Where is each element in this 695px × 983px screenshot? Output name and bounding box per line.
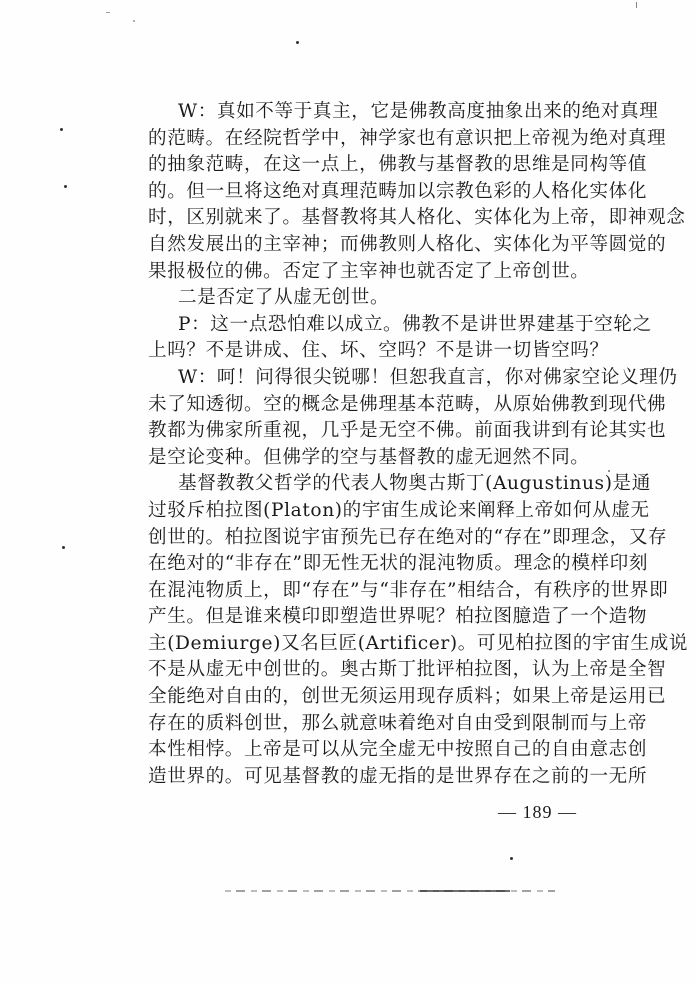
text-line: 的。但一旦将这绝对真理范畴加以宗教色彩的人格化实体化	[148, 179, 608, 206]
text-line: 基督教教父哲学的代表人物奥古斯丁(Augustinus)是通	[148, 471, 608, 498]
scanned-book-page: W：真如不等于真主，它是佛教高度抽象出来的绝对真理 的范畴。在经院哲学中，神学家…	[0, 0, 695, 983]
scan-speck	[62, 546, 65, 549]
text-line: 在混沌物质上，即“存在”与“非存在”相结合，有秩序的世界即	[148, 578, 608, 605]
text-line: 未了知透彻。空的概念是佛理基本范畴，从原始佛教到现代佛	[148, 392, 608, 419]
text-line: 全能绝对自由的，创世无须运用现存质料；如果上帝是运用已	[148, 684, 608, 711]
scan-speck	[64, 185, 67, 188]
text-line: 在绝对的“非存在”即无性无状的混沌物质。理念的模样印刻	[148, 551, 608, 578]
text-line: 过驳斥柏拉图(Platon)的宇宙生成论来阐释上帝如何从虚无	[148, 498, 608, 525]
text-line: 时，区别就来了。基督教将其人格化、实体化为上帝，即神观念	[148, 205, 608, 232]
scan-speck	[60, 128, 63, 131]
text-line: W：呵！问得很尖锐哪！但恕我直言，你对佛家空论义理仍	[148, 365, 608, 392]
scan-speck	[608, 470, 610, 472]
scan-speck	[133, 20, 135, 22]
scan-artifact-line	[420, 890, 510, 892]
scan-speck	[636, 2, 637, 8]
text-line: 不是从虚无中创世的。奥古斯丁批评柏拉图，认为上帝是全智	[148, 657, 608, 684]
text-line: 二是否定了从虚无创世。	[148, 285, 608, 312]
text-line: 存在的质料创世，那么就意味着绝对自由受到限制而与上帝	[148, 711, 608, 738]
text-line: 教都为佛家所重视，几乎是无空不佛。前面我讲到有论其实也	[148, 418, 608, 445]
text-line: 的抽象范畴，在这一点上，佛教与基督教的思维是同构等值	[148, 152, 608, 179]
scan-speck	[296, 41, 299, 44]
text-line: 产生。但是谁来模印即塑造世界呢？柏拉图臆造了一个造物	[148, 604, 608, 631]
text-line: 本性相悖。上帝是可以从完全虚无中按照自己的自由意志创	[148, 737, 608, 764]
scan-speck	[510, 857, 513, 860]
text-line: 自然发展出的主宰神；而佛教则人格化、实体化为平等圆觉的	[148, 232, 608, 259]
text-line: 造世界的。可见基督教的虚无指的是世界存在之前的一无所	[148, 764, 608, 791]
body-text: W：真如不等于真主，它是佛教高度抽象出来的绝对真理 的范畴。在经院哲学中，神学家…	[148, 99, 608, 790]
text-line: 主(Demiurge)又名巨匠(Artificer)。可见柏拉图的宇宙生成说	[148, 631, 608, 658]
text-line: 果报极位的佛。否定了主宰神也就否定了上帝创世。	[148, 259, 608, 286]
scan-speck	[106, 12, 110, 13]
text-line: P：这一点恐怕难以成立。佛教不是讲世界建基于空轮之	[148, 312, 608, 339]
text-line: 的范畴。在经院哲学中，神学家也有意识把上帝视为绝对真理	[148, 126, 608, 153]
text-line: 创世的。柏拉图说宇宙预先已存在绝对的“存在”即理念，又存	[148, 525, 608, 552]
text-line: W：真如不等于真主，它是佛教高度抽象出来的绝对真理	[148, 99, 608, 126]
text-line: 上吗？不是讲成、住、坏、空吗？不是讲一切皆空吗？	[148, 338, 608, 365]
page-number: — 189 —	[498, 802, 577, 823]
text-line: 是空论变种。但佛学的空与基督教的虚无迥然不同。	[148, 445, 608, 472]
